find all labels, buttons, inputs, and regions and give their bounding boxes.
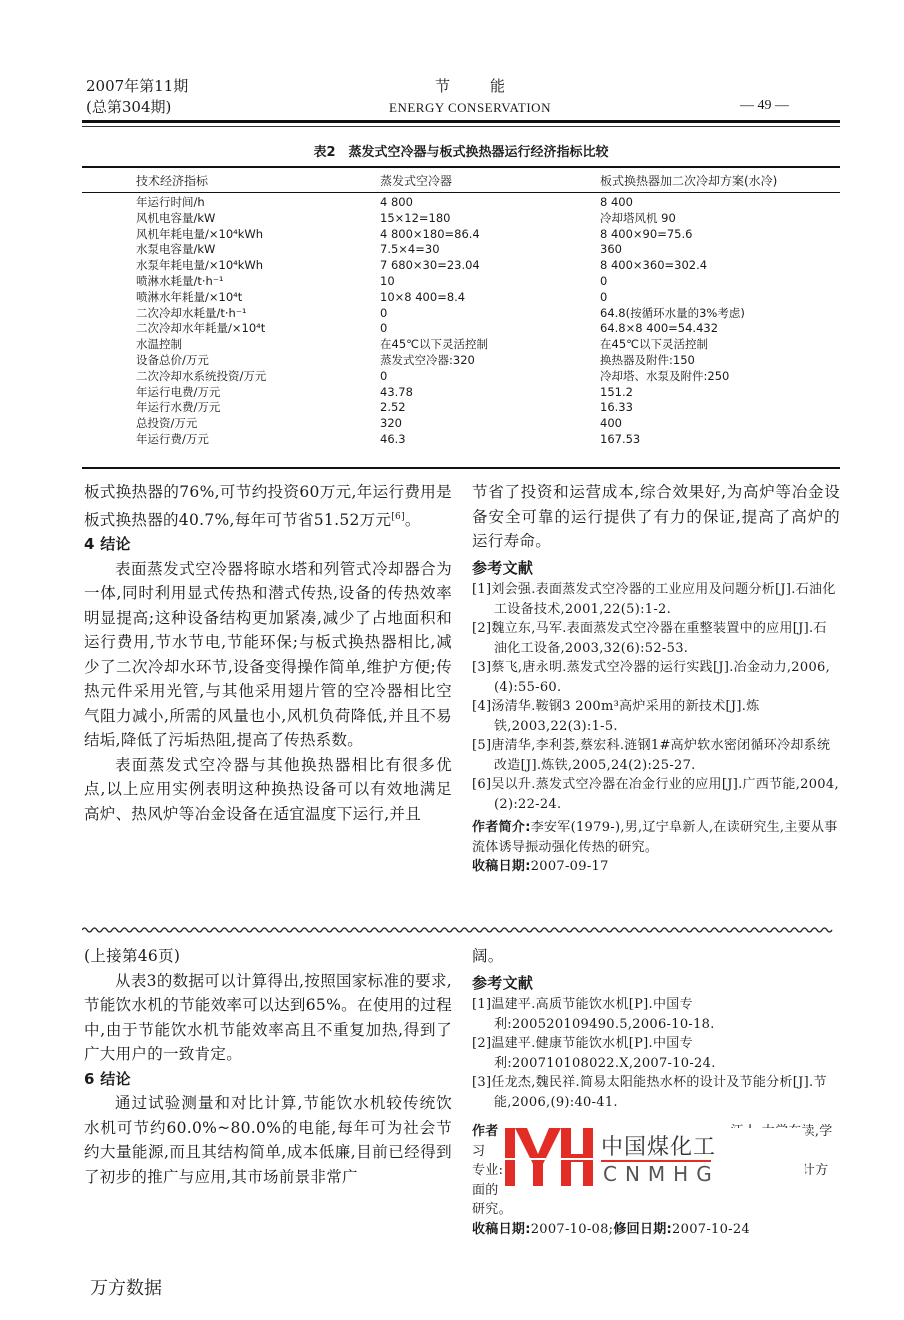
issue-year-number: 2007年第11期 <box>86 76 188 97</box>
table-row: 年运行时间/h4 8008 400 <box>82 195 840 211</box>
reference-item: [2]魏立东,马军.表面蒸发式空冷器在重整装置中的应用[J].石油化工设备,20… <box>472 619 840 658</box>
table-cell: 设备总价/万元 <box>82 353 380 369</box>
author-bio-label: 作者简介: <box>472 820 531 835</box>
reference-item: [2]温建平.健康节能饮水机[P].中国专利:200710108022.X,20… <box>472 1034 840 1073</box>
article2-right-column: 阔。 参考文献 [1]温建平.高质节能饮水机[P].中国专利:200520109… <box>472 944 840 1239</box>
author-bio-line: 研究。 <box>472 1200 840 1220</box>
author-bio-text: 专业: <box>472 1163 503 1178</box>
references-heading: 参考文献 <box>472 971 840 996</box>
table-cell: 0 <box>380 306 600 322</box>
revised-date-label: 修回日期: <box>613 1222 672 1237</box>
table-cell: 64.8(按循环水量的3%考虑) <box>600 306 840 322</box>
journal-title: 节能 ENERGY CONSERVATION <box>340 76 600 118</box>
article1-left-column: 板式换热器的76%,可节约投资60万元,年运行费用是板式换热器的40.7%,每年… <box>84 480 452 826</box>
references-heading: 参考文献 <box>472 556 840 581</box>
table-cell: 400 <box>600 416 840 432</box>
table-cell: 风机年耗电量/×10⁴kWh <box>82 227 380 243</box>
body-paragraph: 从表3的数据可以计算得出,按照国家标准的要求,节能饮水机的节能效率可以达到65%… <box>84 969 452 1067</box>
section-heading: 6 结论 <box>84 1067 452 1092</box>
table-body: 年运行时间/h4 8008 400 风机电容量/kW15×12=180冷却塔风机… <box>82 195 840 448</box>
table-cell: 冷却塔、水泵及附件:250 <box>600 369 840 385</box>
table-cell: 10×8 400=8.4 <box>380 290 600 306</box>
watermark-logo: 中国煤化工 CNMHG <box>505 1128 805 1186</box>
table-cell: 0 <box>600 274 840 290</box>
wavy-divider <box>82 926 840 934</box>
issue-total-number: (总第304期) <box>86 97 188 118</box>
table-cell: 167.53 <box>600 432 840 448</box>
table-row: 二次冷却水系统投资/万元0冷却塔、水泵及附件:250 <box>82 369 840 385</box>
reference-item: [5]唐清华,李利荟,蔡宏科.涟钢1#高炉软水密闭循环冷却系统改造[J].炼铁,… <box>472 736 840 775</box>
table-cell: 16.33 <box>600 400 840 416</box>
table-cell: 64.8×8 400=54.432 <box>600 321 840 337</box>
table-cell: 4 800×180=86.4 <box>380 227 600 243</box>
table-row: 二次冷却水年耗量/×10⁴t064.8×8 400=54.432 <box>82 321 840 337</box>
journal-title-cn: 节能 <box>340 76 600 97</box>
table-cell: 15×12=180 <box>380 211 600 227</box>
table-cell: 蒸发式空冷器:320 <box>380 353 600 369</box>
table-cell: 320 <box>380 416 600 432</box>
table-cell: 冷却塔风机 90 <box>600 211 840 227</box>
table-row: 设备总价/万元蒸发式空冷器:320换热器及附件:150 <box>82 353 840 369</box>
paragraph-end: 。 <box>405 511 421 529</box>
table-row: 二次冷却水耗量/t·h⁻¹064.8(按循环水量的3%考虑) <box>82 306 840 322</box>
body-paragraph: 节省了投资和运营成本,综合效果好,为高炉等冶金设备安全可靠的运行提供了有力的保证… <box>472 480 840 554</box>
source-watermark: 万方数据 <box>90 1274 162 1300</box>
table-header-rule <box>82 192 840 193</box>
table-cell: 360 <box>600 242 840 258</box>
logo-text-cn: 中国煤化工 <box>601 1130 716 1161</box>
table-cell: 10 <box>380 274 600 290</box>
table-cell: 4 800 <box>380 195 600 211</box>
table-row: 总投资/万元320400 <box>82 416 840 432</box>
table-cell: 8 400×90=75.6 <box>600 227 840 243</box>
header-rule-thick <box>82 120 840 123</box>
table-row: 水温控制在45℃以下灵活控制在45℃以下灵活控制 <box>82 337 840 353</box>
table-cell: 7 680×30=23.04 <box>380 258 600 274</box>
received-date-label: 收稿日期: <box>472 1222 531 1237</box>
table-row: 年运行水费/万元2.5216.33 <box>82 400 840 416</box>
table-header-cell: 蒸发式空冷器 <box>380 172 600 188</box>
table-cell: 46.3 <box>380 432 600 448</box>
table-bottom-rule <box>82 467 840 469</box>
table-cell: 换热器及附件:150 <box>600 353 840 369</box>
table-cell: 0 <box>380 321 600 337</box>
page-number: — 49 — <box>740 98 789 114</box>
received-date-value: 2007-10-08; <box>531 1222 614 1237</box>
table-cell: 151.2 <box>600 385 840 401</box>
table-cell: 0 <box>600 290 840 306</box>
table-cell: 喷淋水耗量/t·h⁻¹ <box>82 274 380 290</box>
table-row: 年运行电费/万元43.78151.2 <box>82 385 840 401</box>
author-bio: 作者简介:李安军(1979-),男,辽宁阜新人,在读研究生,主要从事流体诱导振动… <box>472 818 840 857</box>
reference-list: [1]温建平.高质节能饮水机[P].中国专利:200520109490.5,20… <box>472 995 840 1112</box>
received-date: 收稿日期:2007-09-17 <box>472 857 840 877</box>
received-date-label: 收稿日期: <box>472 859 531 874</box>
reference-item: [3]蔡飞,唐永明.蒸发式空冷器的运行实践[J].冶金动力,2006,(4):5… <box>472 658 840 697</box>
section-heading: 4 结论 <box>84 532 452 557</box>
table-row: 喷淋水耗量/t·h⁻¹100 <box>82 274 840 290</box>
table-cell: 年运行电费/万元 <box>82 385 380 401</box>
table-cell: 7.5×4=30 <box>380 242 600 258</box>
issue-info: 2007年第11期 (总第304期) <box>86 76 188 118</box>
table-cell: 年运行水费/万元 <box>82 400 380 416</box>
body-paragraph: 通过试验测量和对比计算,节能饮水机较传统饮水机可节约60.0%~80.0%的电能… <box>84 1091 452 1189</box>
reference-item: [6]吴以升.蒸发式空冷器在冶金行业的应用[J].广西节能,2004,(2):2… <box>472 775 840 814</box>
body-paragraph: 表面蒸发式空冷器与其他换热器相比有很多优点,以上应用实例表明这种换热设备可以有效… <box>84 753 452 827</box>
article1-right-column: 节省了投资和运营成本,综合效果好,为高炉等冶金设备安全可靠的运行提供了有力的保证… <box>472 480 840 877</box>
reference-item: [3]任龙杰,魏民祥.简易太阳能热水杯的设计及节能分析[J].节能,2006,(… <box>472 1073 840 1112</box>
cnmhg-logo-icon <box>505 1128 593 1186</box>
table-cell: 水温控制 <box>82 337 380 353</box>
table-header-cell: 板式换热器加二次冷却方案(水冷) <box>600 172 840 188</box>
table-cell: 在45℃以下灵活控制 <box>380 337 600 353</box>
table-cell: 8 400×360=302.4 <box>600 258 840 274</box>
table-cell: 8 400 <box>600 195 840 211</box>
table-cell: 0 <box>380 369 600 385</box>
body-paragraph: 表面蒸发式空冷器将晾水塔和列管式冷却器合为一体,同时利用显式传热和潜式传热,设备… <box>84 557 452 753</box>
reference-item: [4]汤清华.鞍钢3 200m³高炉采用的新技术[J].炼铁,2003,22(3… <box>472 697 840 736</box>
reference-item: [1]刘会强.表面蒸发式空冷器的工业应用及问题分析[J].石油化工设备技术,20… <box>472 580 840 619</box>
table-row: 风机年耗电量/×10⁴kWh4 800×180=86.48 400×90=75.… <box>82 227 840 243</box>
table-cell: 喷淋水年耗量/×10⁴t <box>82 290 380 306</box>
table-cell: 总投资/万元 <box>82 416 380 432</box>
table-row: 喷淋水年耗量/×10⁴t10×8 400=8.40 <box>82 290 840 306</box>
table-cell: 年运行费/万元 <box>82 432 380 448</box>
table-row: 年运行费/万元46.3167.53 <box>82 432 840 448</box>
received-revised-dates: 收稿日期:2007-10-08;修回日期:2007-10-24 <box>472 1220 840 1240</box>
table-top-rule <box>82 166 840 168</box>
table-row: 风机电容量/kW15×12=180冷却塔风机 90 <box>82 211 840 227</box>
author-bio-text: 研究。 <box>472 1202 512 1217</box>
author-bio-label: 作者 <box>472 1124 499 1139</box>
table-cell: 43.78 <box>380 385 600 401</box>
reference-item: [1]温建平.高质节能饮水机[P].中国专利:200520109490.5,20… <box>472 995 840 1034</box>
header-rule-thin <box>82 126 840 127</box>
table-caption: 表2 蒸发式空冷器与板式换热器运行经济指标比较 <box>82 141 840 160</box>
table-cell: 2.52 <box>380 400 600 416</box>
table-cell: 年运行时间/h <box>82 195 380 211</box>
table-cell: 水泵年耗电量/×10⁴kWh <box>82 258 380 274</box>
journal-title-en: ENERGY CONSERVATION <box>340 97 600 118</box>
body-paragraph: 阔。 <box>472 944 840 969</box>
body-paragraph: 板式换热器的76%,可节约投资60万元,年运行费用是板式换热器的40.7%,每年… <box>84 480 452 532</box>
continued-from-note: (上接第46页) <box>84 944 452 969</box>
table-header-row: 技术经济指标 蒸发式空冷器 板式换热器加二次冷却方案(水冷) <box>82 172 840 188</box>
table-cell: 水泵电容量/kW <box>82 242 380 258</box>
received-date-value: 2007-09-17 <box>531 859 609 874</box>
citation: [6] <box>391 512 405 522</box>
logo-text-en: CNMHG <box>603 1162 720 1186</box>
table-cell: 二次冷却水耗量/t·h⁻¹ <box>82 306 380 322</box>
revised-date-value: 2007-10-24 <box>672 1222 750 1237</box>
table-row: 水泵电容量/kW7.5×4=30360 <box>82 242 840 258</box>
table-cell: 风机电容量/kW <box>82 211 380 227</box>
reference-list: [1]刘会强.表面蒸发式空冷器的工业应用及问题分析[J].石油化工设备技术,20… <box>472 580 840 814</box>
table-row: 水泵年耗电量/×10⁴kWh7 680×30=23.048 400×360=30… <box>82 258 840 274</box>
table-cell: 二次冷却水系统投资/万元 <box>82 369 380 385</box>
table-cell: 在45℃以下灵活控制 <box>600 337 840 353</box>
table-header-cell: 技术经济指标 <box>82 172 380 188</box>
table-cell: 二次冷却水年耗量/×10⁴t <box>82 321 380 337</box>
article2-left-column: (上接第46页) 从表3的数据可以计算得出,按照国家标准的要求,节能饮水机的节能… <box>84 944 452 1189</box>
